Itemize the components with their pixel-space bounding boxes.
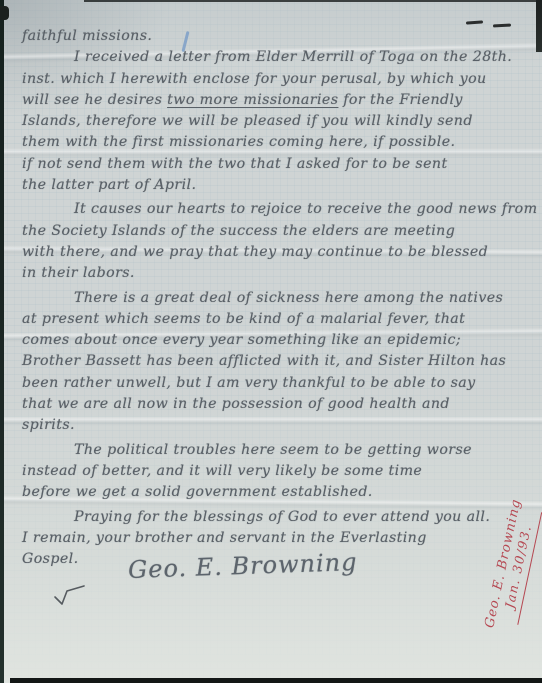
letter-line: will see he desires two more missionarie… (22, 90, 532, 111)
letter-line: the latter part of April. (22, 175, 532, 196)
letter-line: before we get a solid government establi… (22, 482, 532, 503)
letter-line: Praying for the blessings of God to ever… (22, 507, 532, 528)
letter-line: that we are all now in the possession of… (22, 394, 532, 415)
letter-line: been rather unwell, but I am very thankf… (22, 373, 532, 394)
letter-line: them with the first missionaries coming … (22, 132, 532, 153)
letter-body: faithful missions. I received a letter f… (22, 26, 532, 570)
letter-line: faithful missions. (22, 26, 532, 47)
letter-line: spirits. (22, 415, 532, 436)
letter-line: inst. which I herewith enclose for your … (22, 69, 532, 90)
letter-line: comes about once every year something li… (22, 330, 532, 351)
line-segment: for the Friendly (338, 92, 462, 108)
letter-line: if not send them with the two that I ask… (22, 154, 532, 175)
letter-line: in their labors. (22, 263, 532, 284)
scan-notch-top-left (0, 6, 9, 20)
pen-dash-icon (466, 20, 483, 24)
letter-line: with there, and we pray that they may co… (22, 242, 532, 263)
letter-line: I remain, your brother and servant in th… (22, 528, 532, 549)
scan-edge-left (0, 0, 4, 683)
letter-line: instead of better, and it will very like… (22, 461, 532, 482)
letter-line: Brother Bassett has been afflicted with … (22, 351, 532, 372)
letter-line: the Society Islands of the success the e… (22, 221, 532, 242)
underlined-phrase: two more missionaries (167, 92, 338, 108)
letter-line: It causes our hearts to rejoice to recei… (22, 199, 532, 220)
letter-line: There is a great deal of sickness here a… (22, 288, 532, 309)
scan-edge-right (536, 0, 542, 52)
checkmark-icon (52, 583, 86, 613)
scan-edge-bottom (10, 678, 542, 683)
letter-line: at present which seems to be kind of a m… (22, 309, 532, 330)
letter-page: faithful missions. I received a letter f… (0, 0, 542, 683)
line-segment: will see he desires (22, 92, 167, 108)
letter-line: Islands, therefore we will be pleased if… (22, 111, 532, 132)
scan-edge-top (84, 0, 542, 2)
letter-line: The political troubles here seem to be g… (22, 440, 532, 461)
letter-line: I received a letter from Elder Merrill o… (22, 47, 532, 68)
